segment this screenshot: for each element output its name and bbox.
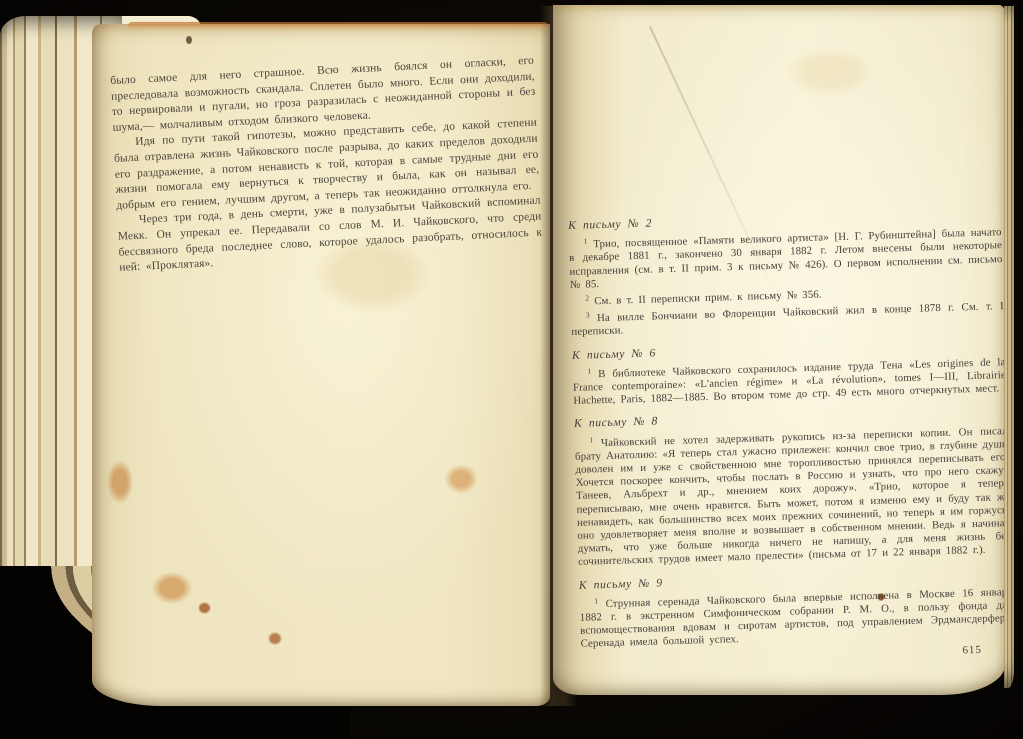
left-page-text: было самое для него страшное. Всю жизнь … [110, 54, 543, 277]
left-page-top-edge [128, 22, 548, 31]
note-marker: 1 [594, 596, 598, 605]
note-marker: 1 [584, 237, 588, 246]
commentary-section: К письму № 6 1 В библиотеке Чайковского … [572, 336, 1007, 409]
right-page-text: К письму № 2 1 Трио, посвященное «Памяти… [568, 206, 1014, 678]
stain [268, 632, 282, 645]
stain [107, 460, 133, 504]
left-page: было самое для него страшное. Всю жизнь … [92, 24, 550, 706]
stain [444, 464, 478, 494]
note-marker: 3 [586, 311, 590, 320]
note: 1 Чайковский не хотел задерживать рукопи… [574, 421, 1011, 570]
note-text: Струнная серенада Чайковского была вперв… [580, 586, 1014, 650]
note-marker: 1 [589, 435, 593, 444]
note-text: Чайковский не хотел задерживать рукопись… [575, 425, 1011, 569]
commentary-section: К письму № 9 1 Струнная серенада Чайковс… [579, 566, 1014, 669]
book-photo: было самое для него страшное. Всю жизнь … [0, 0, 1023, 739]
note: 1 Струнная серенада Чайковского была впе… [579, 582, 1013, 652]
commentary-section: К письму № 8 1 Чайковский не хотел задер… [574, 405, 1011, 570]
right-page-fore-edge [1004, 6, 1014, 688]
note: 1 В библиотеке Чайковского сохранилось и… [572, 352, 1006, 408]
stain [785, 47, 875, 97]
stain [152, 572, 192, 604]
commentary-section: К письму № 2 1 Трио, посвященное «Памяти… [568, 206, 1004, 339]
note-text: В библиотеке Чайковского сохранилось изд… [573, 356, 1006, 407]
speck [186, 36, 192, 44]
note-marker: 1 [587, 366, 591, 375]
right-page: К письму № 2 1 Трио, посвященное «Памяти… [553, 5, 1005, 695]
stain [198, 602, 211, 614]
note-marker: 2 [585, 293, 589, 302]
